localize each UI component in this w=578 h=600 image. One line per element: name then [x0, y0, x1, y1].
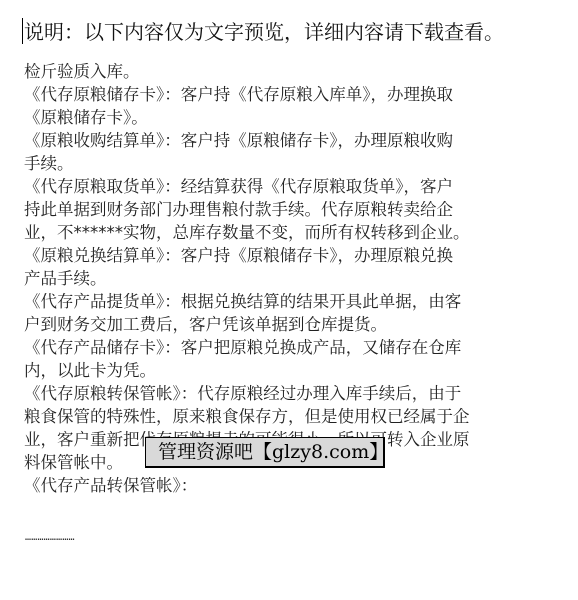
paragraph-line: 《代存产品提货单》：根据兑换结算的结果开具此单据，由客: [24, 290, 554, 313]
paragraph-line: 户到财务交加工费后，客户凭该单据到仓库提货。: [24, 313, 554, 336]
truncation-ellipsis: ……………………: [25, 532, 75, 543]
paragraph-line: 内，以此卡为凭。: [24, 359, 554, 382]
paragraph-line: 《原粮兑换结算单》：客户持《原粮储存卡》，办理原粮兑换: [24, 244, 554, 267]
paragraph-line: 《原粮收购结算单》：客户持《原粮储存卡》，办理原粮收购: [24, 129, 554, 152]
paragraph-line: 检斤验质入库。: [24, 60, 554, 83]
preview-notice: 说明：以下内容仅为文字预览，详细内容请下载查看。: [22, 16, 504, 45]
paragraph-line: 《代存原粮储存卡》：客户持《代存原粮入库单》，办理换取: [24, 83, 554, 106]
paragraph-line: 业，不******实物，总库存数量不变，而所有权转移到企业。: [24, 221, 554, 244]
paragraph-line: 持此单据到财务部门办理售粮付款手续。代存原粮转卖给企: [24, 198, 554, 221]
paragraph-line: 产品手续。: [24, 267, 554, 290]
preview-notice-text: 说明：以下内容仅为文字预览，详细内容请下载查看。: [22, 20, 504, 44]
document-body: 检斤验质入库。 《代存原粮储存卡》：客户持《代存原粮入库单》，办理换取 《原粮储…: [24, 60, 554, 497]
paragraph-line: 《原粮储存卡》。: [24, 106, 554, 129]
paragraph-line: 《代存原粮取货单》：经结算获得《代存原粮取货单》，客户: [24, 175, 554, 198]
text-cursor: [22, 18, 23, 44]
paragraph-line: 《代存产品储存卡》：客户把原粮兑换成产品，又储存在仓库: [24, 336, 554, 359]
paragraph-line: 手续。: [24, 152, 554, 175]
paragraph-line: 《代存原粮转保管帐》：代存原粮经过办理入库手续后，由于: [24, 382, 554, 405]
watermark-banner: 管理资源吧【glzy8.com】: [145, 437, 385, 468]
paragraph-line: 粮食保管的特殊性，原来粮食保存方，但是使用权已经属于企: [24, 405, 554, 428]
paragraph-line: 《代存产品转保管帐》：: [24, 474, 554, 497]
